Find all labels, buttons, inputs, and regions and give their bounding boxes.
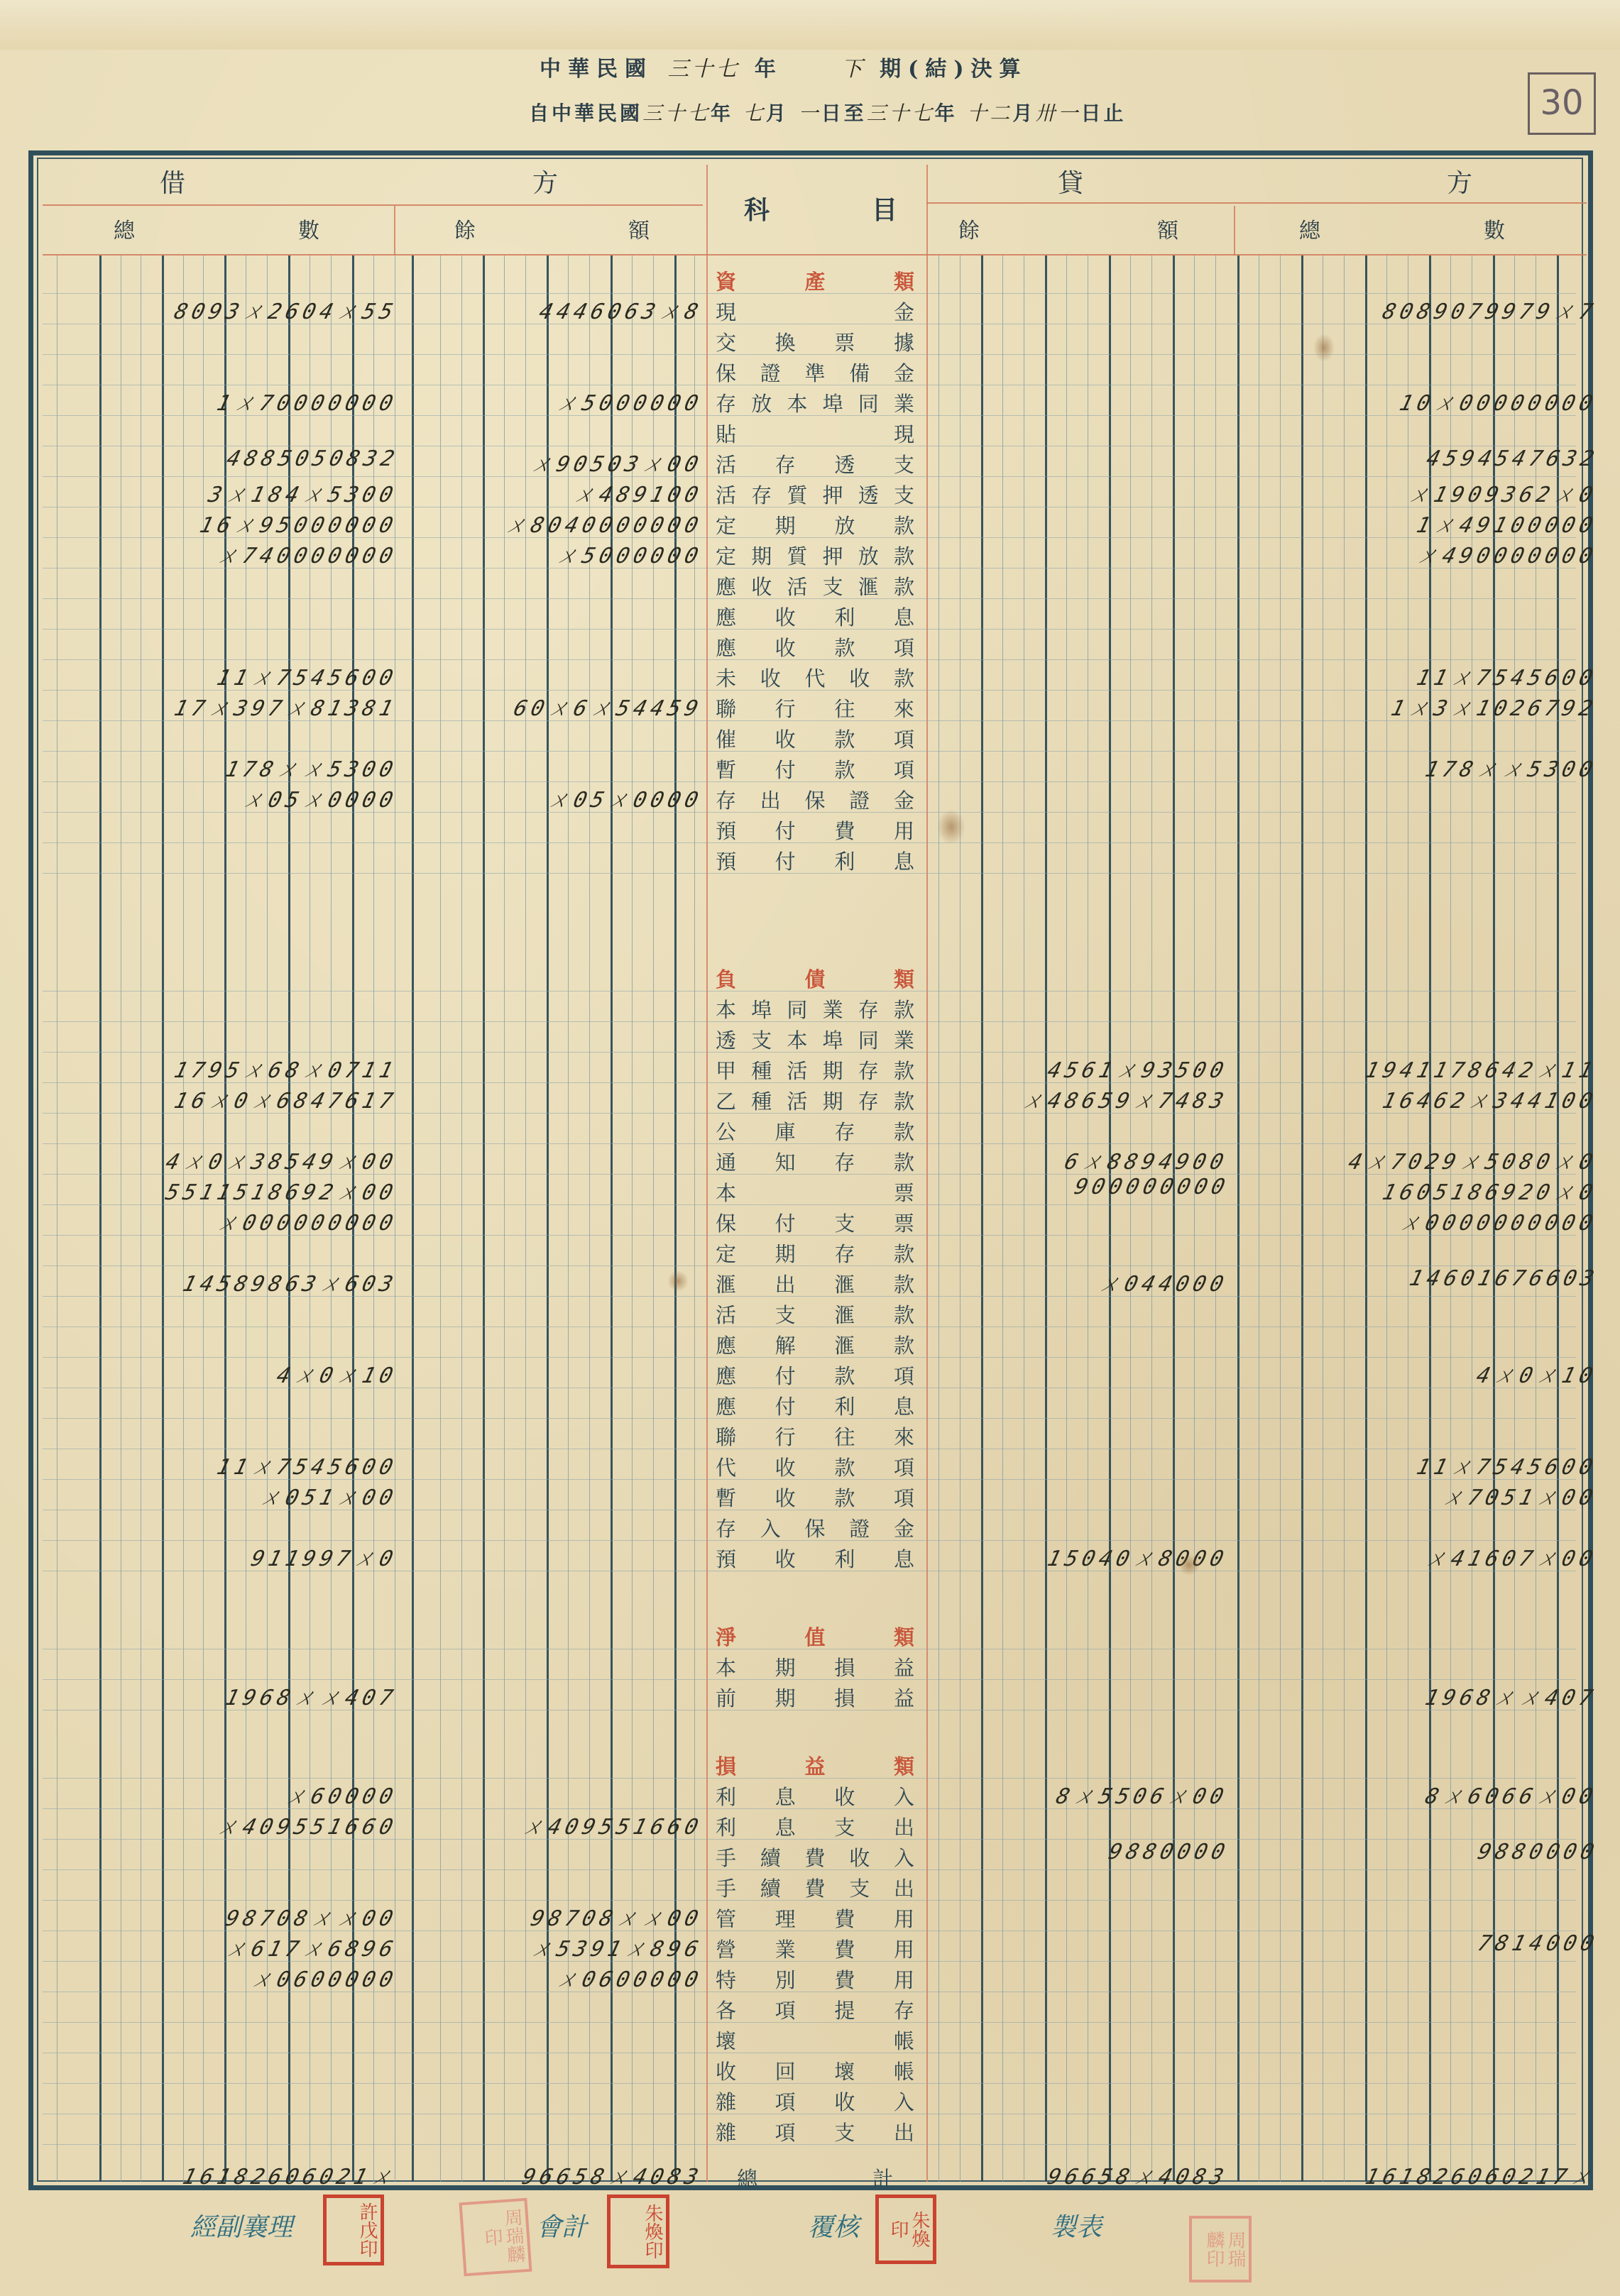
subject-char: 證 bbox=[849, 785, 870, 813]
subject-char: 項 bbox=[894, 1452, 914, 1481]
subject-char: 值 bbox=[804, 1622, 825, 1650]
subject-char: 放 bbox=[858, 541, 879, 569]
subject-char: 入 bbox=[894, 2087, 914, 2115]
subject-char: 期 bbox=[823, 1086, 843, 1114]
subject-char: 甲 bbox=[716, 1055, 736, 1084]
subject-char: 項 bbox=[894, 1483, 914, 1511]
subject-char: 款 bbox=[894, 510, 914, 539]
subject-char: 業 bbox=[823, 994, 843, 1023]
account-subject: 貼現 bbox=[716, 419, 914, 447]
account-subject: 應付款項 bbox=[716, 1361, 914, 1389]
account-subject: 定期質押放款 bbox=[716, 541, 914, 569]
title-suffix: 期(結)決算 bbox=[880, 57, 1027, 82]
subject-char: 代 bbox=[716, 1452, 736, 1481]
account-subject: 應收活支滙款 bbox=[716, 571, 914, 600]
account-subject: 利息支出 bbox=[716, 1812, 914, 1840]
subject-char: 應 bbox=[716, 632, 736, 661]
subject-char: 款 bbox=[894, 1330, 914, 1358]
debit-total-amount: 3ㄨ184ㄨ5300 bbox=[82, 477, 401, 505]
debit-total-amount: 911997ㄨ0 bbox=[82, 1541, 401, 1569]
debit-balance-amount: ㄨ5391ㄨ896 bbox=[415, 1931, 706, 1960]
subject-char: 款 bbox=[894, 571, 914, 600]
period-day-label: 日止 bbox=[1080, 101, 1126, 125]
subject-char: 款 bbox=[834, 632, 855, 661]
subject-char: 付 bbox=[775, 1391, 796, 1419]
subject-char: 定 bbox=[716, 1238, 736, 1267]
account-subject: 壞帳 bbox=[716, 2026, 914, 2054]
subject-char: 證 bbox=[849, 1513, 870, 1542]
subject-char: 行 bbox=[775, 693, 796, 722]
subject-char: 前 bbox=[716, 1683, 736, 1711]
debit-total-amount: 14589863ㄨ603 bbox=[82, 1266, 401, 1295]
subject-char: 費 bbox=[834, 815, 855, 844]
subject-char: 應 bbox=[716, 571, 736, 600]
debit-total-amount: ㄨ617ㄨ6896 bbox=[82, 1931, 401, 1960]
subject-char: 保 bbox=[716, 1208, 736, 1236]
subject-char: 活 bbox=[787, 571, 807, 600]
period-end-month: 十二 bbox=[967, 101, 1012, 125]
subject-char: 支 bbox=[775, 1300, 796, 1328]
signature-accountant: 會計 bbox=[536, 2207, 587, 2243]
subject-char: 本 bbox=[787, 1025, 807, 1053]
period-year-label: 年 bbox=[935, 101, 958, 125]
subject-char: 付 bbox=[775, 846, 796, 874]
title-year-label: 年 bbox=[755, 57, 783, 82]
debit-total-amount: ㄨ000000000 bbox=[82, 1205, 401, 1234]
subject-char: 出 bbox=[894, 1812, 914, 1840]
subject-char: 期 bbox=[775, 1683, 796, 1711]
credit-total-amount: 7814000 bbox=[1260, 1931, 1601, 1960]
header-credit-balance-left: 餘 bbox=[958, 213, 980, 244]
subject-char: 存 bbox=[716, 785, 736, 813]
account-subject: 保證準備金 bbox=[716, 358, 914, 386]
subject-char: 付 bbox=[775, 1361, 796, 1389]
debit-balance-amount: 60ㄨ6ㄨ54459 bbox=[415, 691, 706, 719]
account-subject: 聯行往來 bbox=[716, 693, 914, 722]
account-subject: 活存質押透支 bbox=[716, 480, 914, 508]
subject-char: 存 bbox=[858, 1055, 879, 1084]
total-debit-balance: 96658ㄨ4083 bbox=[415, 2159, 706, 2187]
debit-total-amount: 11ㄨ7545600 bbox=[82, 660, 401, 688]
subject-char: 聯 bbox=[716, 693, 736, 722]
credit-total-amount: 1968ㄨㄨ407 bbox=[1260, 1680, 1601, 1708]
subject-char: 債 bbox=[804, 964, 825, 992]
subject-char: 項 bbox=[894, 754, 914, 783]
header-credit-left: 貸 bbox=[1058, 163, 1083, 199]
debit-total-amount: ㄨ05ㄨ0000 bbox=[82, 782, 401, 811]
account-subject: 代收款項 bbox=[716, 1452, 914, 1481]
subject-char: 金 bbox=[894, 297, 914, 325]
subject-char: 息 bbox=[775, 1812, 796, 1840]
period-start-year: 三十七 bbox=[642, 101, 711, 125]
debit-total-amount: 4885050832 bbox=[82, 446, 401, 475]
credit-total-amount: 1605186920ㄨ0 bbox=[1260, 1175, 1601, 1203]
subject-char: 本 bbox=[787, 388, 807, 417]
subject-char: 收 bbox=[775, 1483, 796, 1511]
subject-char: 續 bbox=[760, 1873, 781, 1901]
subject-char: 用 bbox=[894, 1934, 914, 1962]
subject-char: 存 bbox=[834, 1116, 855, 1145]
subject-char: 來 bbox=[894, 693, 914, 722]
account-subject: 聯行往來 bbox=[716, 1422, 914, 1450]
subject-char: 款 bbox=[894, 541, 914, 569]
account-subject: 交換票據 bbox=[716, 327, 914, 356]
subject-char: 本 bbox=[716, 994, 736, 1023]
subject-char: 項 bbox=[894, 632, 914, 661]
subject-char: 淨 bbox=[716, 1622, 736, 1650]
subject-char: 付 bbox=[775, 754, 796, 783]
subject-char: 種 bbox=[751, 1055, 772, 1084]
seal-3: 朱煥印 bbox=[607, 2195, 669, 2268]
subject-char: 壞 bbox=[716, 2026, 736, 2054]
credit-total-amount: 8ㄨ6066ㄨ00 bbox=[1260, 1779, 1601, 1807]
subject-char: 收 bbox=[849, 663, 870, 691]
subject-char: 出 bbox=[894, 2117, 914, 2146]
credit-total-amount: 9880000 bbox=[1260, 1840, 1601, 1868]
subject-char: 滙 bbox=[834, 1269, 855, 1297]
debit-total-amount: 16ㄨ0ㄨ6847617 bbox=[82, 1083, 401, 1111]
subject-char: 回 bbox=[775, 2056, 796, 2084]
subject-char: 來 bbox=[894, 1422, 914, 1450]
subject-char: 期 bbox=[751, 541, 772, 569]
account-subject: 暫收款項 bbox=[716, 1483, 914, 1511]
subject-char: 支 bbox=[751, 1025, 772, 1053]
debit-balance-amount: ㄨ90503ㄨ00 bbox=[415, 446, 706, 475]
subject-char: 乙 bbox=[716, 1086, 736, 1114]
subject-char: 用 bbox=[894, 1904, 914, 1932]
account-subject: 存出保證金 bbox=[716, 785, 914, 813]
subject-char: 入 bbox=[760, 1513, 781, 1542]
credit-balance-amount: ㄨ48659ㄨ7483 bbox=[941, 1083, 1232, 1111]
account-subject: 預收利息 bbox=[716, 1544, 914, 1572]
account-subject: 營業費用 bbox=[716, 1934, 914, 1962]
subject-char: 存 bbox=[858, 1086, 879, 1114]
debit-total-amount: 11ㄨ7545600 bbox=[82, 1449, 401, 1478]
subject-char: 存 bbox=[716, 388, 736, 417]
subject-char: 類 bbox=[894, 1622, 914, 1650]
account-subject: 滙出滙款 bbox=[716, 1269, 914, 1297]
credit-total-amount: 14601676603 bbox=[1260, 1266, 1601, 1295]
subject-char: 支 bbox=[894, 449, 914, 478]
header-debit-right: 方 bbox=[532, 163, 558, 199]
subject-char: 本 bbox=[716, 1652, 736, 1681]
subject-char: 特 bbox=[716, 1965, 736, 1993]
subject-char: 保 bbox=[716, 358, 736, 386]
subject-char: 類 bbox=[894, 964, 914, 992]
paper-stain bbox=[1313, 334, 1335, 362]
paper-stain bbox=[937, 809, 965, 845]
debit-balance-amount: ㄨ489100 bbox=[415, 477, 706, 505]
account-subject: 催收款項 bbox=[716, 724, 914, 752]
subject-char: 未 bbox=[716, 663, 736, 691]
credit-total-amount: 4ㄨ0ㄨ10 bbox=[1260, 1358, 1601, 1386]
account-subject: 手續費支出 bbox=[716, 1873, 914, 1901]
category-heading: 負債類 bbox=[716, 964, 914, 992]
credit-total-amount: 178ㄨㄨ5300 bbox=[1260, 752, 1601, 780]
subject-char: 解 bbox=[775, 1330, 796, 1358]
subject-char: 金 bbox=[894, 358, 914, 386]
subject-char: 雜 bbox=[716, 2087, 736, 2115]
subject-char: 理 bbox=[775, 1904, 796, 1932]
account-subject: 定期放款 bbox=[716, 510, 914, 539]
subject-char: 利 bbox=[716, 1781, 736, 1810]
subject-char: 定 bbox=[716, 541, 736, 569]
credit-total-amount: 1ㄨ3ㄨ1026792 bbox=[1260, 691, 1601, 719]
subject-char: 出 bbox=[760, 785, 781, 813]
credit-balance-amount: 9880000 bbox=[941, 1840, 1232, 1868]
subject-char: 計 bbox=[872, 2163, 893, 2192]
header-debit-left: 借 bbox=[160, 163, 185, 199]
subject-char: 款 bbox=[894, 1055, 914, 1084]
subject-char: 入 bbox=[894, 1781, 914, 1810]
account-subject: 雜項收入 bbox=[716, 2087, 914, 2115]
subject-char: 業 bbox=[894, 1025, 914, 1053]
debit-total-amount: 4ㄨ0ㄨ38549ㄨ00 bbox=[82, 1144, 401, 1172]
signature-auditor: 覆核 bbox=[808, 2207, 859, 2243]
subject-char: 埠 bbox=[823, 1025, 843, 1053]
subject-char: 息 bbox=[894, 1391, 914, 1419]
subject-char: 款 bbox=[894, 1238, 914, 1267]
account-subject: 前期損益 bbox=[716, 1683, 914, 1711]
account-subject: 通知存款 bbox=[716, 1147, 914, 1175]
subject-char: 暫 bbox=[716, 754, 736, 783]
credit-balance-amount: ㄨ044000 bbox=[941, 1266, 1232, 1295]
subject-char: 期 bbox=[775, 510, 796, 539]
subject-char: 滙 bbox=[858, 571, 879, 600]
subject-char: 息 bbox=[894, 1544, 914, 1572]
subject-char: 收 bbox=[775, 1544, 796, 1572]
subject-char: 款 bbox=[834, 724, 855, 752]
title-prefix: 中華民國 bbox=[540, 57, 653, 82]
subject-char: 項 bbox=[894, 1361, 914, 1389]
subject-char: 證 bbox=[760, 358, 781, 386]
period-start-month: 七 bbox=[743, 101, 766, 125]
account-subject: 手續費收入 bbox=[716, 1842, 914, 1871]
rule-header-credit bbox=[926, 202, 1587, 204]
period-month-label: 月 bbox=[1012, 101, 1035, 125]
account-subject: 本票 bbox=[716, 1177, 914, 1206]
subject-char: 總 bbox=[737, 2163, 757, 2192]
account-subject: 應付利息 bbox=[716, 1391, 914, 1419]
period-end-year: 三十七 bbox=[867, 101, 935, 125]
subject-char: 出 bbox=[894, 1873, 914, 1901]
debit-total-amount: ㄨ051ㄨ00 bbox=[82, 1480, 401, 1508]
subject-char: 利 bbox=[834, 1391, 855, 1419]
subject-char: 項 bbox=[894, 724, 914, 752]
subject-char: 活 bbox=[716, 1300, 736, 1328]
account-subject: 應收利息 bbox=[716, 602, 914, 630]
period-prefix: 自中華民國 bbox=[529, 101, 642, 125]
subject-char: 息 bbox=[894, 602, 914, 630]
period-year-label: 年 bbox=[711, 101, 733, 125]
subject-char: 滙 bbox=[834, 1330, 855, 1358]
subject-char: 交 bbox=[716, 327, 736, 356]
subject-char: 收 bbox=[716, 2056, 736, 2084]
credit-total-amount: 1941178642ㄨ11 bbox=[1260, 1053, 1601, 1081]
credit-total-amount: 4594547632 bbox=[1260, 446, 1601, 475]
category-heading: 資產類 bbox=[716, 266, 914, 295]
subject-char: 收 bbox=[760, 663, 781, 691]
subject-char: 質 bbox=[787, 480, 807, 508]
debit-total-amount: 17ㄨ397ㄨ81381 bbox=[82, 691, 401, 719]
account-subject: 暫付款項 bbox=[716, 754, 914, 783]
debit-balance-amount: ㄨ0600000 bbox=[415, 1962, 706, 1990]
subject-char: 入 bbox=[894, 1842, 914, 1871]
subject-char: 款 bbox=[894, 994, 914, 1023]
credit-total-amount: 11ㄨ7545600 bbox=[1260, 1449, 1601, 1478]
subject-char: 期 bbox=[823, 1055, 843, 1084]
credit-total-amount: ㄨ1909362ㄨ0 bbox=[1260, 477, 1601, 505]
account-subject: 透支本埠同業 bbox=[716, 1025, 914, 1053]
account-subject: 各項提存 bbox=[716, 1995, 914, 2023]
subject-char: 預 bbox=[716, 846, 736, 874]
total-credit-total: 161826060217ㄨ bbox=[1260, 2159, 1601, 2187]
subject-char: 損 bbox=[716, 1751, 736, 1779]
subject-char: 款 bbox=[834, 1361, 855, 1389]
header-debit-balance-right: 額 bbox=[628, 213, 650, 244]
header-subject-left: 科 bbox=[744, 190, 770, 226]
credit-balance-amount: 900000000 bbox=[941, 1175, 1232, 1203]
subject-char: 產 bbox=[804, 266, 825, 295]
subject-char: 預 bbox=[716, 815, 736, 844]
subject-char: 費 bbox=[834, 1934, 855, 1962]
credit-total-amount: 11ㄨ7545600 bbox=[1260, 660, 1601, 688]
subject-char: 管 bbox=[716, 1904, 736, 1932]
subject-char: 本 bbox=[716, 1177, 736, 1206]
subject-char: 期 bbox=[775, 1652, 796, 1681]
debit-balance-amount: ㄨ8040000000 bbox=[415, 507, 706, 536]
subject-char: 收 bbox=[775, 1452, 796, 1481]
account-subject: 乙種活期存款 bbox=[716, 1086, 914, 1114]
account-subject: 定期存款 bbox=[716, 1238, 914, 1267]
rule-credit-split bbox=[1234, 206, 1235, 256]
paper-stain bbox=[667, 1270, 689, 1292]
account-subject: 預付費用 bbox=[716, 815, 914, 844]
subject-char: 手 bbox=[716, 1842, 736, 1871]
rule-header-debit bbox=[43, 204, 703, 206]
seal-1: 許戊印 bbox=[323, 2195, 384, 2265]
subject-char: 款 bbox=[894, 1086, 914, 1114]
subject-char: 應 bbox=[716, 602, 736, 630]
subject-char: 知 bbox=[775, 1147, 796, 1175]
subject-char: 收 bbox=[775, 602, 796, 630]
subject-char: 票 bbox=[894, 1208, 914, 1236]
subject-char: 項 bbox=[775, 2117, 796, 2146]
account-subject: 雜項支出 bbox=[716, 2117, 914, 2146]
subject-char: 支 bbox=[834, 1812, 855, 1840]
debit-balance-amount: 4446063ㄨ8 bbox=[415, 294, 706, 322]
subject-char: 類 bbox=[894, 266, 914, 295]
subject-char: 保 bbox=[804, 1513, 825, 1542]
subject-char: 手 bbox=[716, 1873, 736, 1901]
subject-char: 費 bbox=[804, 1842, 825, 1871]
document-period: 自中華民國三十七年 七月 一日至三十七年 十二月卅一日止 bbox=[529, 98, 1126, 126]
period-month-label: 月 bbox=[766, 101, 789, 125]
subject-char: 定 bbox=[716, 510, 736, 539]
account-subject: 應收款項 bbox=[716, 632, 914, 661]
subject-char: 滙 bbox=[716, 1269, 736, 1297]
subject-char: 預 bbox=[716, 1544, 736, 1572]
subject-char: 支 bbox=[894, 480, 914, 508]
seal-2: 周瑞麟印 bbox=[459, 2198, 532, 2276]
subject-char: 往 bbox=[834, 693, 855, 722]
account-subject: 保付支票 bbox=[716, 1208, 914, 1236]
subject-char: 收 bbox=[834, 2087, 855, 2115]
header-debit-balance-left: 餘 bbox=[454, 213, 476, 244]
subject-char: 代 bbox=[804, 663, 825, 691]
subject-char: 現 bbox=[894, 419, 914, 447]
subject-char: 益 bbox=[894, 1683, 914, 1711]
subject-char: 項 bbox=[775, 1995, 796, 2023]
subject-char: 費 bbox=[834, 1904, 855, 1932]
document-title: 中華民國 三十七 年 下 期(結)決算 bbox=[540, 51, 1028, 82]
subject-char: 存 bbox=[834, 1238, 855, 1267]
account-subject: 公庫存款 bbox=[716, 1116, 914, 1145]
period-day-label: 日至 bbox=[821, 101, 867, 125]
debit-total-amount: ㄨ0600000 bbox=[82, 1962, 401, 1990]
header-credit-right: 方 bbox=[1447, 163, 1472, 199]
subject-char: 益 bbox=[894, 1652, 914, 1681]
account-subject: 管理費用 bbox=[716, 1904, 914, 1932]
debit-total-amount: 1795ㄨ68ㄨ0711 bbox=[82, 1053, 401, 1081]
rule-subject-left bbox=[706, 165, 708, 2182]
subject-char: 帳 bbox=[894, 2026, 914, 2054]
subject-char: 催 bbox=[716, 724, 736, 752]
header-debit-total-right: 數 bbox=[298, 213, 319, 244]
subject-char: 收 bbox=[751, 571, 772, 600]
debit-balance-amount: ㄨ5000000 bbox=[415, 538, 706, 566]
subject-char: 損 bbox=[834, 1652, 855, 1681]
subject-char: 損 bbox=[834, 1683, 855, 1711]
subject-char: 息 bbox=[775, 1781, 796, 1810]
debit-balance-amount: ㄨ409551660 bbox=[415, 1809, 706, 1838]
subject-char: 負 bbox=[716, 964, 736, 992]
subject-char: 類 bbox=[894, 1751, 914, 1779]
subject-char: 金 bbox=[894, 785, 914, 813]
subject-char: 暫 bbox=[716, 1483, 736, 1511]
period-end-day: 卅一 bbox=[1035, 101, 1080, 125]
debit-balance-amount: ㄨ05ㄨ0000 bbox=[415, 782, 706, 811]
subject-char: 票 bbox=[834, 327, 855, 356]
subject-char: 據 bbox=[894, 327, 914, 356]
subject-char: 息 bbox=[894, 846, 914, 874]
subject-char: 透 bbox=[716, 1025, 736, 1053]
subject-char: 支 bbox=[823, 571, 843, 600]
subject-char: 業 bbox=[775, 1934, 796, 1962]
subject-char: 同 bbox=[858, 388, 879, 417]
header-credit-balance-right: 額 bbox=[1157, 213, 1178, 244]
subject-char: 雜 bbox=[716, 2117, 736, 2146]
subject-char: 收 bbox=[834, 1781, 855, 1810]
account-subject: 活支滙款 bbox=[716, 1300, 914, 1328]
debit-total-amount: 98708ㄨㄨ00 bbox=[82, 1901, 401, 1929]
credit-total-amount: 8089079979ㄨ7 bbox=[1260, 294, 1601, 322]
subject-char: 付 bbox=[775, 1208, 796, 1236]
account-subject: 本期損益 bbox=[716, 1652, 914, 1681]
subject-char: 公 bbox=[716, 1116, 736, 1145]
subject-char: 活 bbox=[716, 449, 736, 478]
subject-char: 款 bbox=[894, 1300, 914, 1328]
subject-char: 埠 bbox=[751, 994, 772, 1023]
subject-char: 利 bbox=[834, 1544, 855, 1572]
subject-char: 票 bbox=[894, 1177, 914, 1206]
account-subject: 活存透支 bbox=[716, 449, 914, 478]
subject-char: 應 bbox=[716, 1391, 736, 1419]
subject-char: 款 bbox=[834, 1452, 855, 1481]
credit-balance-amount: 8ㄨ5506ㄨ00 bbox=[941, 1779, 1232, 1807]
subject-char: 業 bbox=[894, 388, 914, 417]
header-credit-total-left: 總 bbox=[1299, 213, 1320, 244]
